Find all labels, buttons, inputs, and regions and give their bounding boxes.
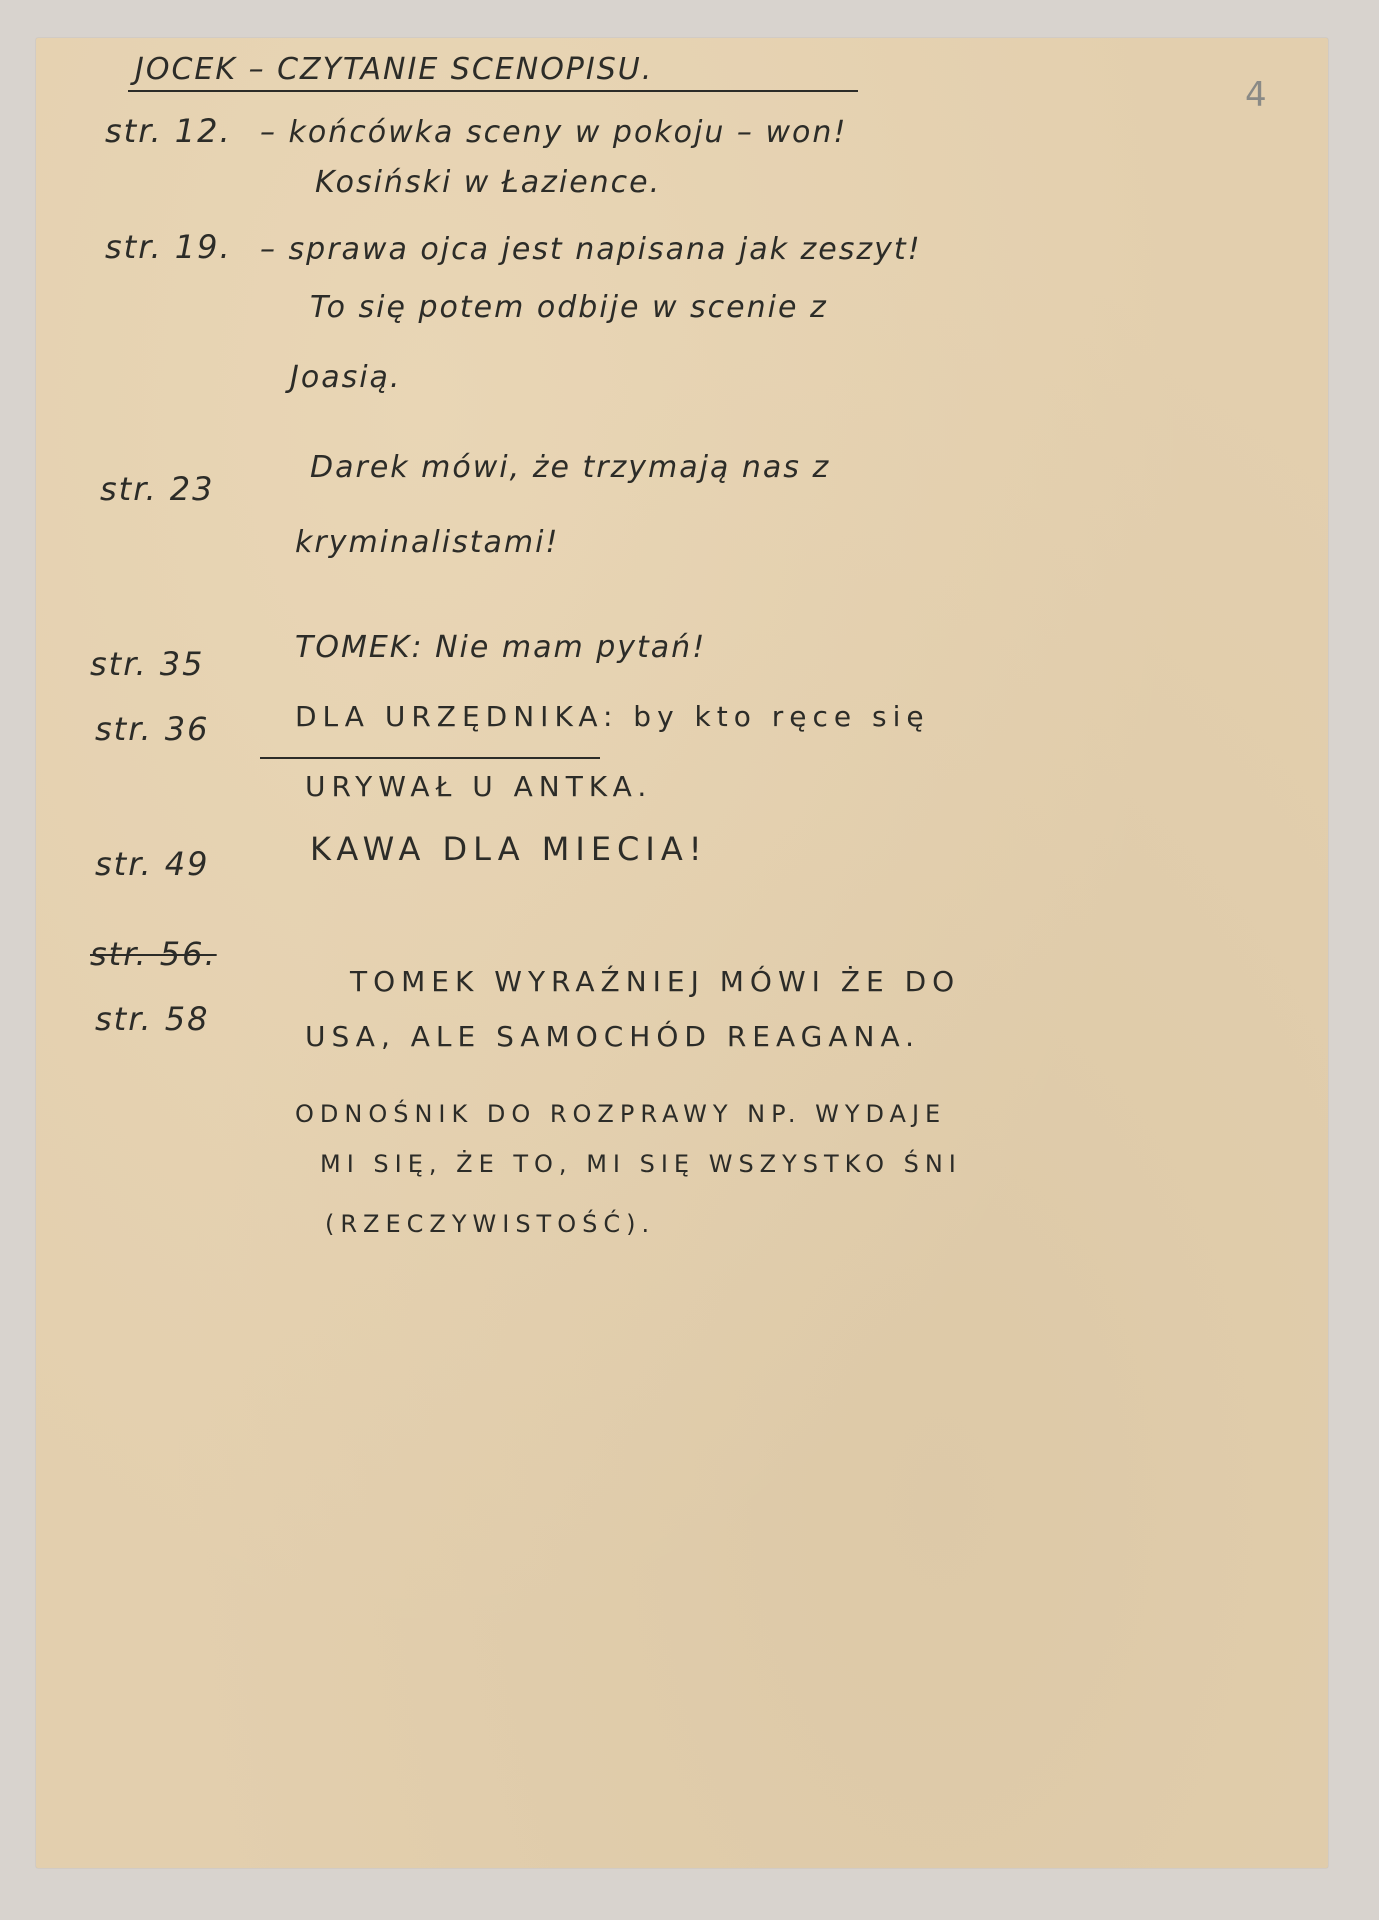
entry-line: Joasią.: [290, 360, 401, 395]
entry-line: Kosiński w Łazience.: [315, 165, 661, 200]
entry-line: Darek mówi, że trzymają nas z: [310, 450, 830, 485]
document-title: JOCEK – CZYTANIE SCENOPISU.: [135, 52, 653, 87]
entry-ref: str. 35: [90, 645, 205, 683]
entry-ref: str. 58: [95, 1000, 210, 1038]
entry-line: – sprawa ojca jest napisana jak zeszyt!: [260, 232, 922, 267]
entry-ref: str. 23: [100, 470, 215, 508]
entry-line: DLA URZĘDNIKA: by kto ręce się: [295, 700, 930, 733]
entry-ref: str. 49: [95, 845, 210, 883]
entry-line: URYWAŁ U ANTKA.: [305, 770, 652, 803]
page-number: 4: [1245, 75, 1267, 115]
entry-underline: [260, 757, 600, 759]
entry-line: TOMEK WYRAŹNIEJ MÓWI ŻE DO: [350, 965, 960, 998]
entry-line: USA, ALE SAMOCHÓD REAGANA.: [305, 1020, 920, 1053]
entry-line: ODNOŚNIK DO ROZPRAWY NP. WYDAJE: [295, 1100, 946, 1128]
entry-line: (RZECZYWISTOŚĆ).: [325, 1210, 655, 1238]
entry-ref: str. 12.: [105, 112, 232, 150]
entry-line: To się potem odbije w scenie z: [310, 290, 828, 325]
entry-line: MI SIĘ, ŻE TO, MI SIĘ WSZYSTKO ŚNI: [320, 1150, 962, 1178]
entry-ref: str. 19.: [105, 228, 232, 266]
entry-ref: str. 36: [95, 710, 210, 748]
struck-ref: str. 56.: [90, 935, 217, 973]
entry-line: TOMEK: Nie mam pytań!: [295, 630, 706, 665]
title-underline: [128, 90, 858, 92]
entry-line: kryminalistami!: [295, 525, 559, 560]
entry-line: KAWA DLA MIECIA!: [310, 830, 708, 868]
entry-line: – końcówka sceny w pokoju – won!: [260, 115, 847, 150]
